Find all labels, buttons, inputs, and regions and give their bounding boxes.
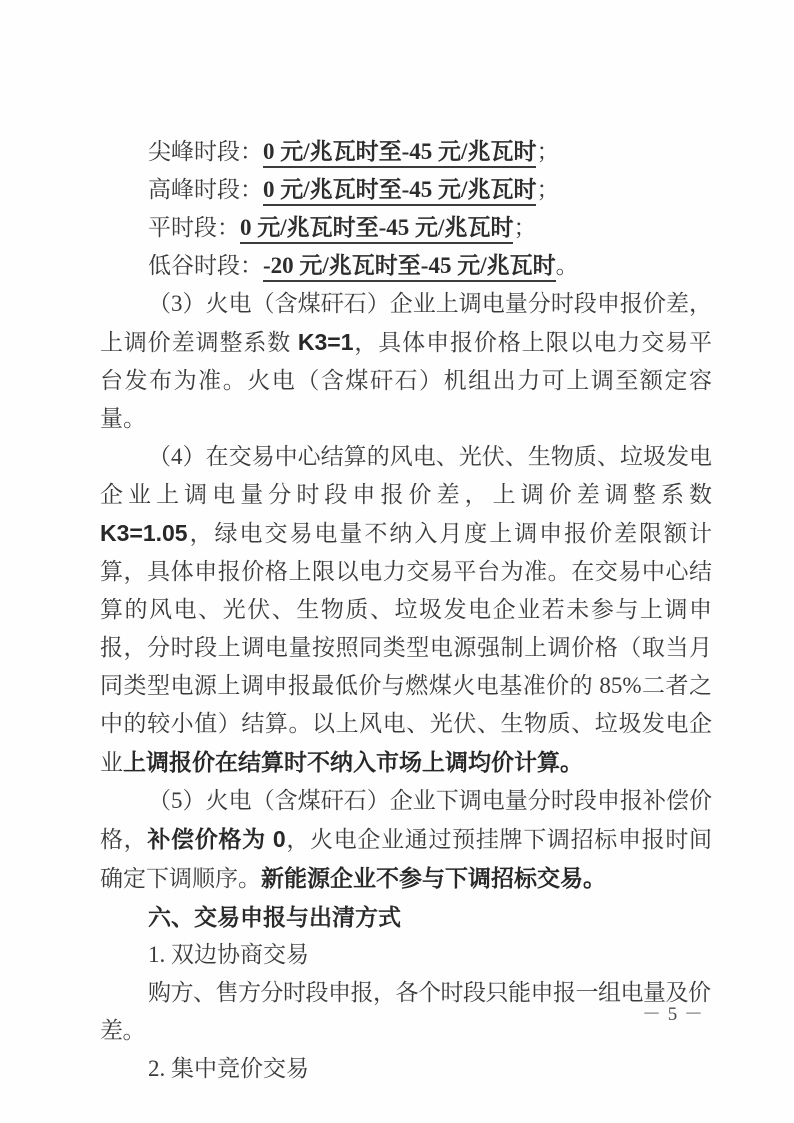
- coefficient-k3: K3=1.05: [100, 520, 188, 546]
- tariff-label: 平时段：: [148, 215, 240, 240]
- section-heading: 六、交易申报与出清方式: [100, 898, 712, 936]
- tariff-suffix: ；: [536, 177, 559, 202]
- tariff-line-flat: 平时段：0 元/兆瓦时至-45 元/兆瓦时；: [100, 209, 712, 247]
- page-number: － 5 －: [642, 1002, 704, 1028]
- bold-emphasis-text: 上调报价在结算时不纳入市场上调均价计算。: [123, 749, 583, 775]
- tariff-line-valley: 低谷时段：-20 元/兆瓦时至-45 元/兆瓦时。: [100, 247, 712, 285]
- bold-emphasis-text: 新能源企业不参与下调招标交易。: [261, 865, 606, 891]
- document-page: 尖峰时段：0 元/兆瓦时至-45 元/兆瓦时； 高峰时段：0 元/兆瓦时至-45…: [0, 0, 794, 1123]
- tariff-suffix: ；: [513, 215, 536, 240]
- tariff-value-underlined: 0 元/兆瓦时至-45 元/兆瓦时: [263, 177, 536, 206]
- coefficient-k3: K3=1: [298, 329, 354, 355]
- paragraph-4: （4）在交易中心结算的风电、光伏、生物质、垃圾发电企业上调电量分时段申报价差，上…: [100, 438, 712, 782]
- tariff-label: 低谷时段：: [148, 253, 263, 278]
- tariff-line-high: 高峰时段：0 元/兆瓦时至-45 元/兆瓦时；: [100, 171, 712, 209]
- paragraph-text: （4）在交易中心结算的风电、光伏、生物质、垃圾发电企业上调电量分时段申报价差，上…: [100, 444, 712, 507]
- list-item-1: 1. 双边协商交易: [100, 936, 712, 974]
- tariff-value-underlined: 0 元/兆瓦时至-45 元/兆瓦时: [263, 139, 536, 168]
- paragraph-5: （5）火电（含煤矸石）企业下调电量分时段申报补偿价格，补偿价格为 0，火电企业通…: [100, 782, 712, 898]
- tariff-line-peak: 尖峰时段：0 元/兆瓦时至-45 元/兆瓦时；: [100, 133, 712, 171]
- tariff-value-underlined: -20 元/兆瓦时至-45 元/兆瓦时: [263, 253, 556, 282]
- tariff-suffix: 。: [556, 253, 579, 278]
- tariff-value-underlined: 0 元/兆瓦时至-45 元/兆瓦时: [240, 215, 513, 244]
- paragraph-3: （3）火电（含煤矸石）企业上调电量分时段申报价差，上调价差调整系数 K3=1，具…: [100, 285, 712, 438]
- document-body: 尖峰时段：0 元/兆瓦时至-45 元/兆瓦时； 高峰时段：0 元/兆瓦时至-45…: [100, 133, 712, 1088]
- bold-emphasis-text: 补偿价格为 0: [147, 826, 285, 852]
- tariff-label: 尖峰时段：: [148, 139, 263, 164]
- tariff-suffix: ；: [536, 139, 559, 164]
- list-item-1-description: 购方、售方分时段申报，各个时段只能申报一组电量及价差。: [100, 974, 712, 1050]
- paragraph-text: ，绿电交易电量不纳入月度上调申报价差限额计算，具体申报价格上限以电力交易平台为准…: [100, 521, 712, 775]
- list-item-2: 2. 集中竞价交易: [100, 1050, 712, 1088]
- tariff-label: 高峰时段：: [148, 177, 263, 202]
